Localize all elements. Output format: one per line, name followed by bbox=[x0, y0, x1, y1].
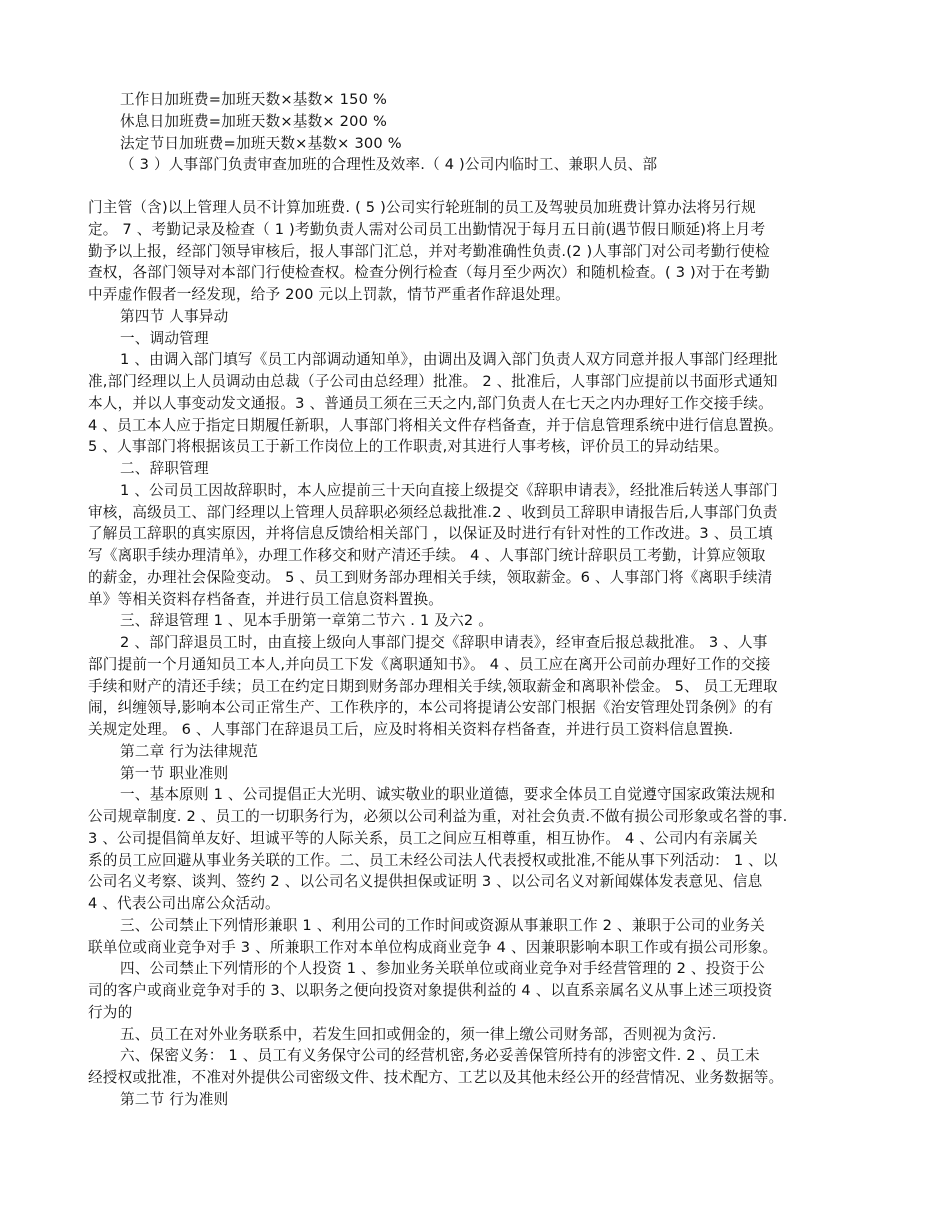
text-line: 法定节日加班费=加班天数×基数× 300 % bbox=[88, 133, 860, 155]
text-line: 写《离职手续办理清单》，办理工作移交和财产清还手续。 4 、人事部门统计辞职员工… bbox=[88, 545, 860, 567]
text-line: 四、公司禁止下列情形的个人投资 1 、参加业务关联单位或商业竞争对手经营管理的 … bbox=[88, 958, 860, 980]
text-line: 门主管（含)以上管理人员不计算加班费. ( 5 )公司实行轮班制的员工及驾驶员加… bbox=[88, 197, 860, 219]
section-heading: 第四节 人事异动 bbox=[88, 306, 860, 328]
text-line: 勤予以上报，经部门领导审核后，报人事部门汇总，并对考勤准确性负责.(2 )人事部… bbox=[88, 241, 860, 263]
text-line: 本人，并以人事变动发文通报。3 、普通员工须在三天之内,部门负责人在七天之内办理… bbox=[88, 393, 860, 415]
text-line: 三、公司禁止下列情形兼职 1 、利用公司的工作时间或资源从事兼职工作 2 、兼职… bbox=[88, 915, 860, 937]
text-line: 经授权或批准，不准对外提供公司密级文件、技术配方、工艺以及其他未经公开的经营情况… bbox=[88, 1067, 860, 1089]
paragraph-gap bbox=[88, 176, 860, 197]
text-line: 联单位或商业竞争对手 3 、所兼职工作对本单位构成商业竞争 4 、因兼职影响本职… bbox=[88, 937, 860, 959]
document-page: 工作日加班费=加班天数×基数× 150 % 休息日加班费=加班天数×基数× 20… bbox=[88, 89, 860, 1111]
text-line: 查权，各部门领导对本部门行使检查权。检查分例行检查（每月至少两次）和随机检查。(… bbox=[88, 262, 860, 284]
text-line: 六、保密义务： 1 、员工有义务保守公司的经营机密,务必妥善保管所持有的涉密文件… bbox=[88, 1045, 860, 1067]
text-line: 关规定处理。 6 、人事部门在辞退员工后，应及时将相关资料存档备查，并进行员工资… bbox=[88, 719, 860, 741]
text-line: 1 、由调入部门填写《员工内部调动通知单》，由调出及调入部门负责人双方同意并报人… bbox=[88, 349, 860, 371]
section-heading: 第二节 行为准则 bbox=[88, 1089, 860, 1111]
text-line: 休息日加班费=加班天数×基数× 200 % bbox=[88, 111, 860, 133]
text-line: 了解员工辞职的真实原因，并将信息反馈给相关部门 ，以保证及时进行有针对性的工作改… bbox=[88, 523, 860, 545]
text-line: 2 、部门辞退员工时，由直接上级向人事部门提交《辞职申请表》，经审查后报总裁批准… bbox=[88, 632, 860, 654]
text-line: 手续和财产的清还手续；员工在约定日期到财务部办理相关手续,领取薪金和离职补偿金。… bbox=[88, 676, 860, 698]
text-line: 司的客户或商业竞争对手的 3、以职务之便向投资对象提供利益的 4 、以直系亲属名… bbox=[88, 980, 860, 1002]
subsection-heading: 二、辞职管理 bbox=[88, 458, 860, 480]
text-line: 定。 7 、考勤记录及检查（ 1 )考勤负责人需对公司员工出勤情况于每月五日前(… bbox=[88, 219, 860, 241]
text-line: 5 、人事部门将根据该员工于新工作岗位上的工作职责,对其进行人事考核，评价员工的… bbox=[88, 436, 860, 458]
text-line: 4 、员工本人应于指定日期履任新职，人事部门将相关文件存档备查，并于信息管理系统… bbox=[88, 415, 860, 437]
text-line: 中弄虚作假者一经发现，给予 200 元以上罚款，情节严重者作辞退处理。 bbox=[88, 284, 860, 306]
text-line: 一、基本原则 1 、公司提倡正大光明、诚实敬业的职业道德，要求全体员工自觉遵守国… bbox=[88, 784, 860, 806]
text-line: 公司名义考察、谈判、签约 2 、以公司名义提供担保或证明 3 、以公司名义对新闻… bbox=[88, 871, 860, 893]
text-line: 系的员工应回避从事业务关联的工作。二、员工未经公司法人代表授权或批准,不能从事下… bbox=[88, 850, 860, 872]
text-line: 审核，高级员工、部门经理以上管理人员辞职必须经总裁批准.2 、收到员工辞职申请报… bbox=[88, 502, 860, 524]
text-line: 公司规章制度. 2 、员工的一切职务行为，必须以公司利益为重，对社会负责.不做有… bbox=[88, 806, 860, 828]
text-line: 3 、公司提倡简单友好、坦诚平等的人际关系，员工之间应互相尊重，相互协作。 4 … bbox=[88, 828, 860, 850]
text-line: 五、员工在对外业务联系中，若发生回扣或佣金的，须一律上缴公司财务部，否则视为贪污… bbox=[88, 1024, 860, 1046]
text-line: 准,部门经理以上人员调动由总裁（子公司由总经理）批准。 2 、批准后，人事部门应… bbox=[88, 371, 860, 393]
chapter-heading: 第二章 行为法律规范 bbox=[88, 741, 860, 763]
text-line: 4 、代表公司出席公众活动。 bbox=[88, 893, 860, 915]
section-heading: 第一节 职业准则 bbox=[88, 763, 860, 785]
text-line: 闹，纠缠领导,影响本公司正常生产、工作秩序的，本公司将提请公安部门根据《治安管理… bbox=[88, 697, 860, 719]
text-line: 单》等相关资料存档备查，并进行员工信息资料置换。 bbox=[88, 589, 860, 611]
text-line: 行为的 bbox=[88, 1002, 860, 1024]
text-line: （ 3 ）人事部门负责审查加班的合理性及效率.（ 4 )公司内临时工、兼职人员、… bbox=[88, 154, 860, 176]
text-line: 部门提前一个月通知员工本人,并向员工下发《离职通知书》。 4 、员工应在离开公司… bbox=[88, 654, 860, 676]
text-line: 工作日加班费=加班天数×基数× 150 % bbox=[88, 89, 860, 111]
text-line: 的薪金，办理社会保险变动。 5 、员工到财务部办理相关手续，领取薪金。6 、人事… bbox=[88, 567, 860, 589]
subsection-heading: 一、调动管理 bbox=[88, 328, 860, 350]
text-line: 1 、公司员工因故辞职时，本人应提前三十天向直接上级提交《辞职申请表》，经批准后… bbox=[88, 480, 860, 502]
subsection-heading: 三、辞退管理 1 、见本手册第一章第二节六 . 1 及六2 。 bbox=[88, 610, 860, 632]
